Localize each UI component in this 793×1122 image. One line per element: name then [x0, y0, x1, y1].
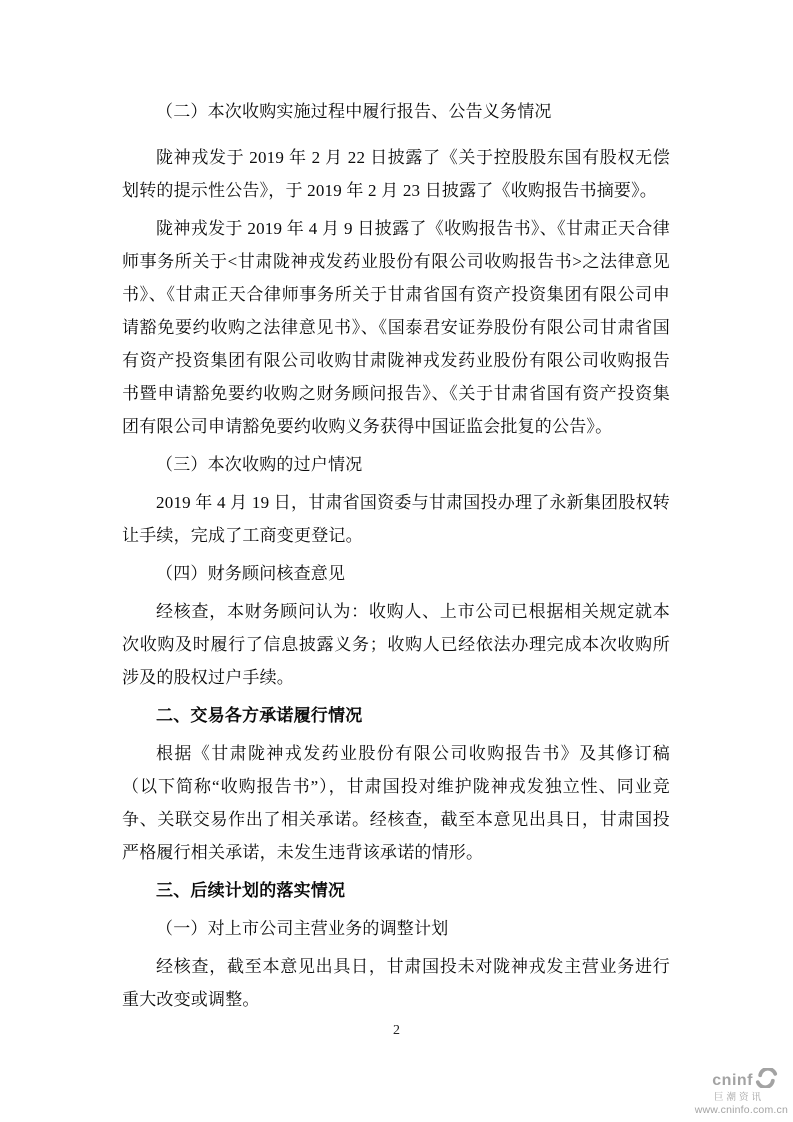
cninfo-brand: cninf	[712, 1072, 753, 1090]
document-body: （二）本次收购实施过程中履行报告、公告义务情况 陇神戎发于 2019 年 2 月…	[122, 95, 670, 1021]
page-number: 2	[0, 1020, 793, 1042]
para-transfer-completion: 2019 年 4 月 19 日，甘肃省国资委与甘肃国投办理了永新集团股权转让手续…	[122, 486, 670, 552]
para-advisor-opinion: 经核查，本财务顾问认为：收购人、上市公司已根据相关规定就本次收购及时履行了信息披…	[122, 595, 670, 694]
heading-section-3-transfer: （三）本次收购的过户情况	[122, 448, 670, 481]
heading-section-2-disclosure: （二）本次收购实施过程中履行报告、公告义务情况	[122, 95, 670, 128]
para-main-business-adjustment: 经核查，截至本意见出具日，甘肃国投未对陇神戎发主营业务进行重大改变或调整。	[122, 950, 670, 1016]
heading-follow-up-plans: 三、后续计划的落实情况	[122, 874, 670, 907]
heading-main-business-adjustment: （一）对上市公司主营业务的调整计划	[122, 912, 670, 945]
cninfo-logo-row: cninf	[712, 1068, 778, 1093]
heading-commitments: 二、交易各方承诺履行情况	[122, 699, 670, 732]
document-page: （二）本次收购实施过程中履行报告、公告义务情况 陇神戎发于 2019 年 2 月…	[0, 0, 793, 1122]
heading-section-4-advisor-opinion: （四）财务顾问核查意见	[122, 557, 670, 590]
para-feb-disclosures: 陇神戎发于 2019 年 2 月 22 日披露了《关于控股股东国有股权无偿划转的…	[122, 141, 670, 207]
cninfo-logo: cninf 巨潮资讯 www.cninfo.com.cn	[684, 1068, 788, 1117]
para-april-disclosures: 陇神戎发于 2019 年 4 月 9 日披露了《收购报告书》、《甘肃正天合律师事…	[122, 212, 670, 443]
cninfo-cn-label: 巨潮资讯	[714, 1092, 764, 1103]
cninfo-wave-icon	[755, 1068, 778, 1093]
cninfo-url: www.cninfo.com.cn	[695, 1104, 788, 1117]
para-commitments: 根据《甘肃陇神戎发药业股份有限公司收购报告书》及其修订稿（以下简称“收购报告书”…	[122, 737, 670, 869]
